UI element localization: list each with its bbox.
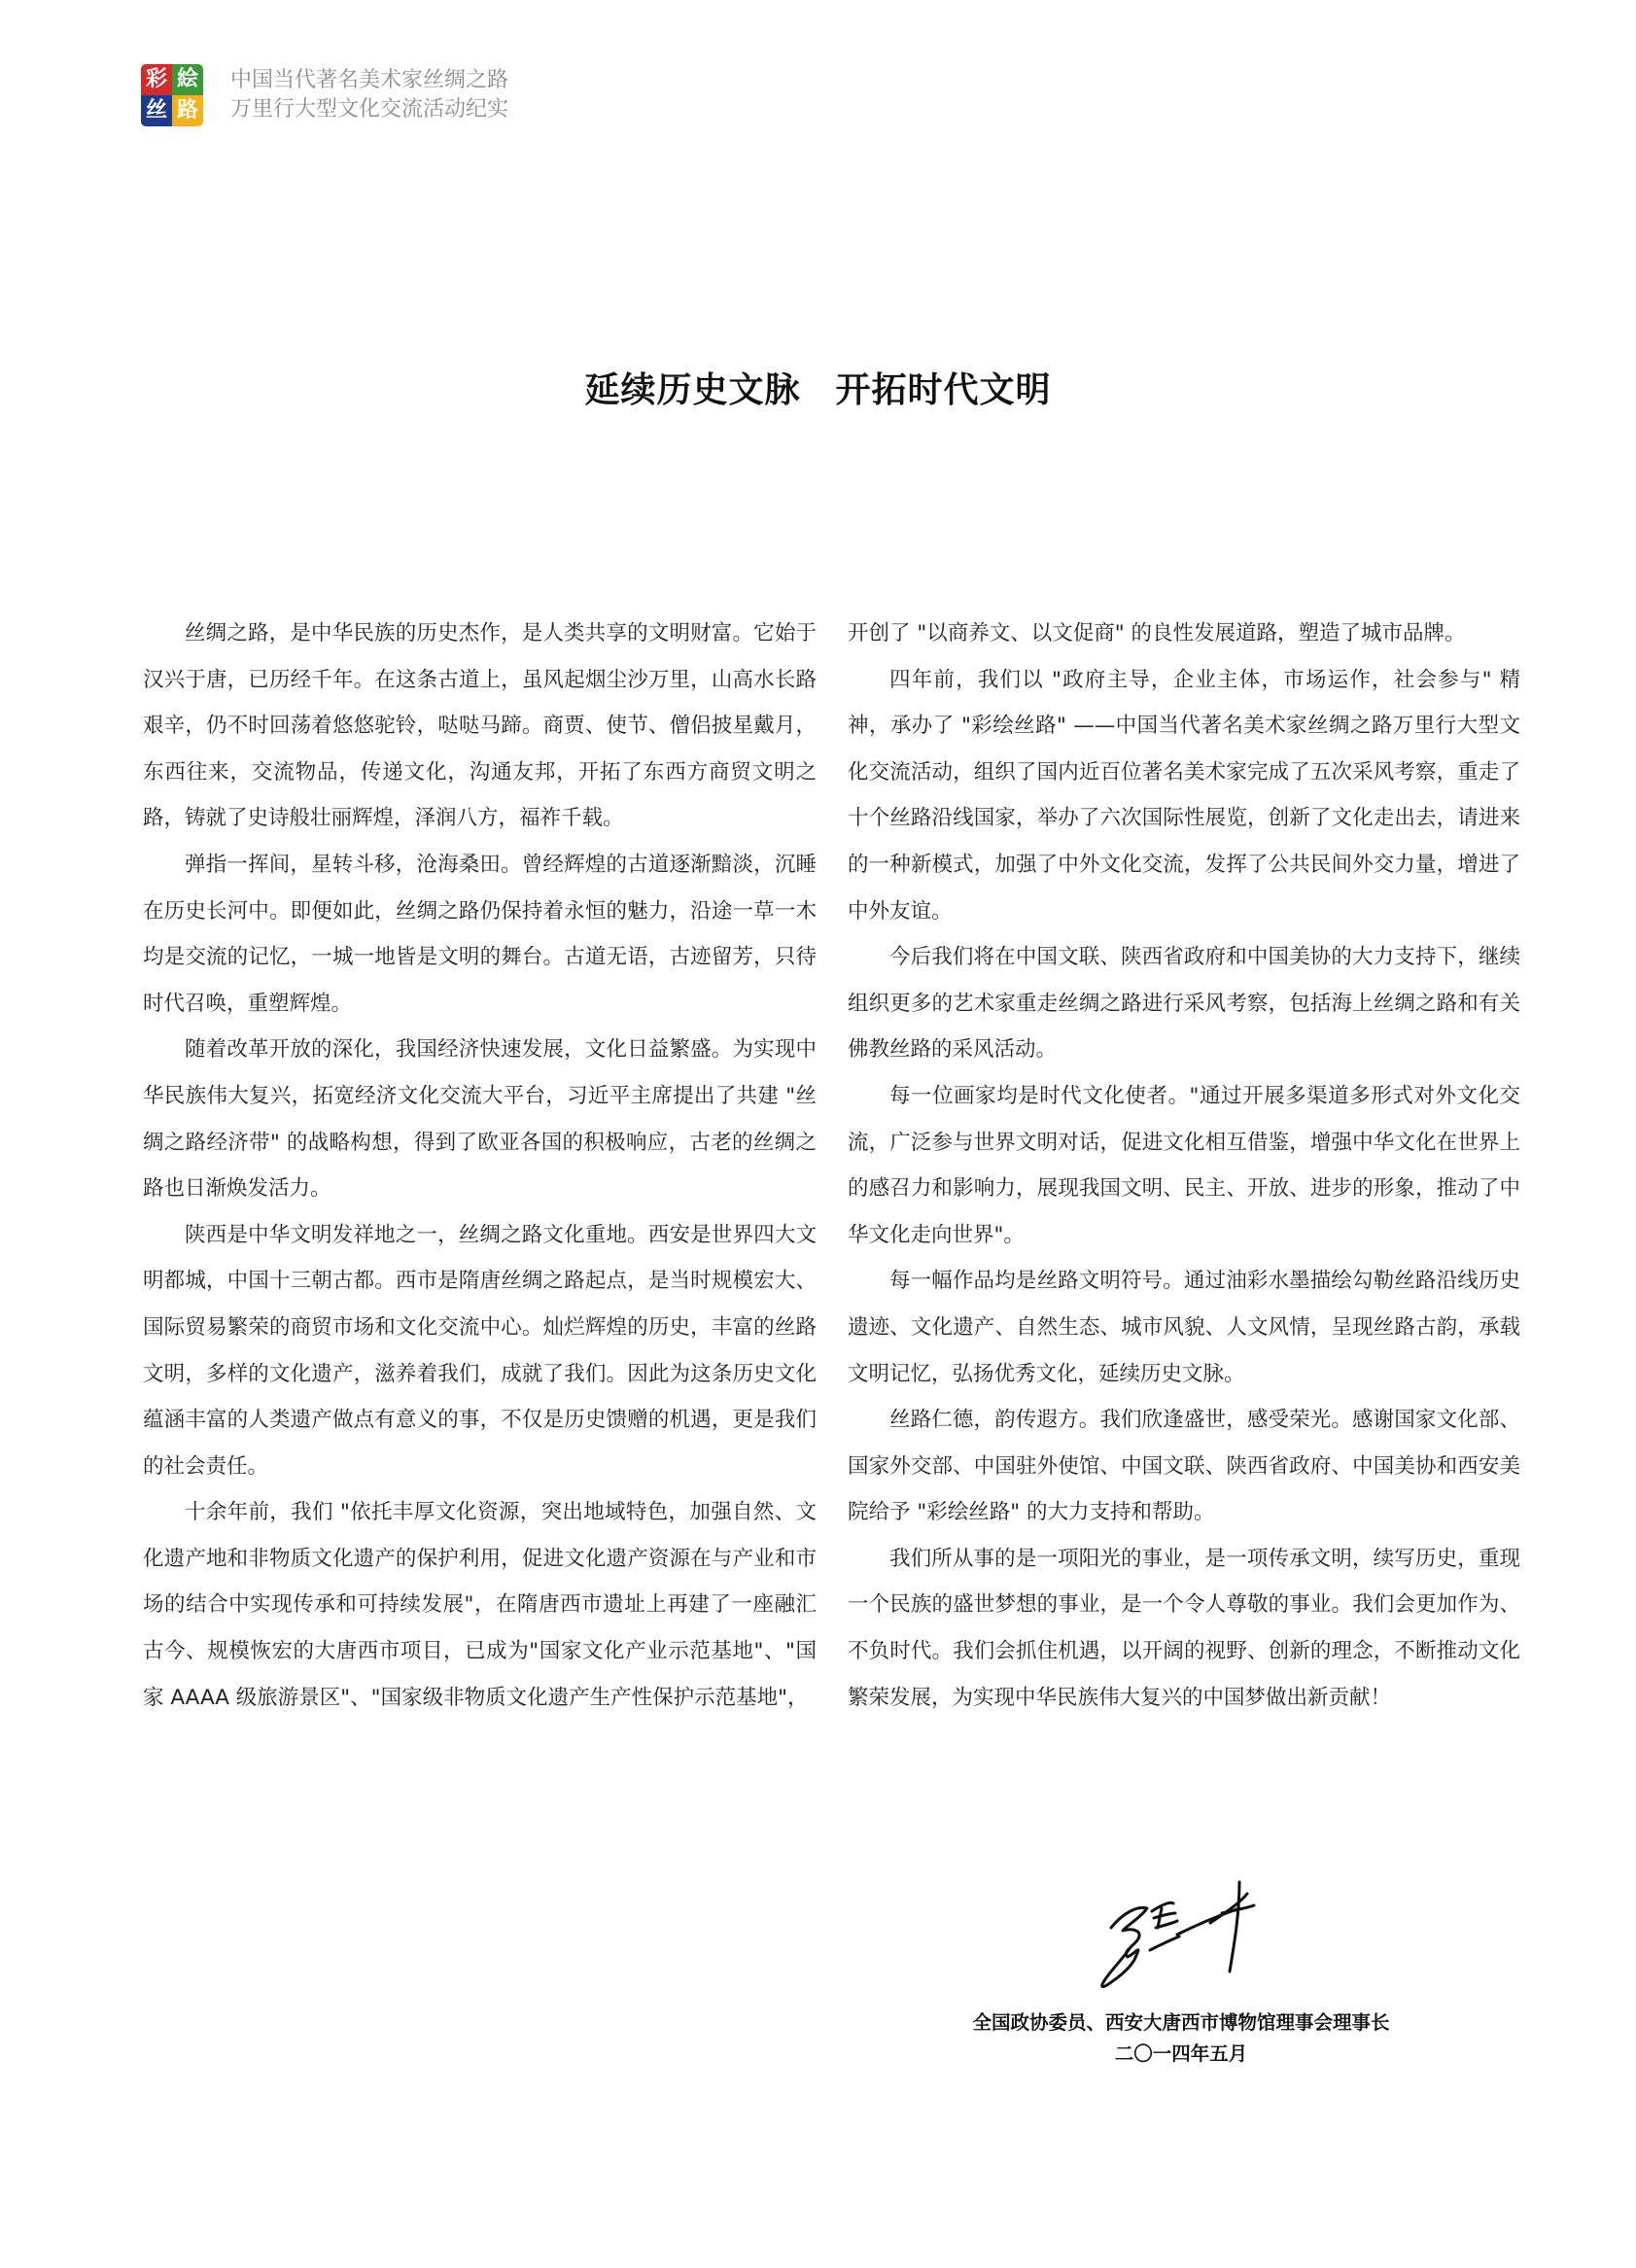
paragraph: 每一幅作品均是丝路文明符号。通过油彩水墨描绘勾勒丝路沿线历史遗迹、文化遗产、自然… [848, 1258, 1520, 1397]
paragraph: 十余年前，我们 "依托丰厚文化资源，突出地域特色，加强自然、文化遗产地和非物质文… [143, 1489, 817, 1721]
header-line-2: 万里行大型文化交流活动纪实 [230, 95, 508, 124]
signoff-date: 二〇一四年五月 [967, 2039, 1395, 2070]
header-line-1: 中国当代著名美术家丝绸之路 [230, 66, 508, 95]
paragraph: 丝路仁德，韵传遐方。我们欣逢盛世，感受荣光。感谢国家文化部、国家外交部、中国驻外… [848, 1397, 1520, 1536]
logo-cell-3: 丝 [141, 95, 172, 126]
page-header: 彩 絵 丝 路 中国当代著名美术家丝绸之路 万里行大型文化交流活动纪实 [141, 64, 508, 126]
paragraph: 弹指一挥间，星转斗移，沧海桑田。曾经辉煌的古道逐渐黯淡，沉睡在历史长河中。即便如… [143, 842, 817, 1027]
signer-position: 全国政协委员、西安大唐西市博物馆理事会理事长 [967, 2007, 1395, 2039]
paragraph: 每一位画家均是时代文化使者。"通过开展多渠道多形式对外文化交流，广泛参与世界文明… [848, 1073, 1520, 1258]
logo-cell-1: 彩 [141, 64, 172, 95]
title-part-1: 延续历史文脉 [584, 370, 800, 410]
silk-road-logo: 彩 絵 丝 路 [141, 64, 203, 126]
paragraph-continued: 开创了 "以商养文、以文促商" 的良性发展道路，塑造了城市品牌。 [848, 611, 1520, 657]
handwritten-signature-icon [1094, 1874, 1288, 1996]
right-column: 开创了 "以商养文、以文促商" 的良性发展道路，塑造了城市品牌。 四年前，我们以… [848, 611, 1520, 1721]
logo-cell-2: 絵 [172, 64, 203, 95]
paragraph: 四年前，我们以 "政府主导，企业主体，市场运作，社会参与" 精神，承办了 "彩绘… [848, 657, 1520, 935]
left-column: 丝绸之路，是中华民族的历史杰作，是人类共享的文明财富。它始于汉兴于唐，已历经千年… [143, 611, 817, 1721]
title-part-2: 开拓时代文明 [836, 370, 1052, 410]
logo-cell-4: 路 [172, 95, 203, 126]
header-subtitle: 中国当代著名美术家丝绸之路 万里行大型文化交流活动纪实 [230, 66, 508, 124]
paragraph: 陕西是中华文明发祥地之一，丝绸之路文化重地。西安是世界四大文明都城，中国十三朝古… [143, 1212, 817, 1490]
paragraph: 丝绸之路，是中华民族的历史杰作，是人类共享的文明财富。它始于汉兴于唐，已历经千年… [143, 611, 817, 842]
page-title: 延续历史文脉开拓时代文明 [0, 363, 1636, 412]
paragraph: 今后我们将在中国文联、陕西省政府和中国美协的大力支持下，继续组织更多的艺术家重走… [848, 934, 1520, 1073]
paragraph: 我们所从事的是一项阳光的事业，是一项传承文明，续写历史，重现一个民族的盛世梦想的… [848, 1536, 1520, 1721]
signoff-block: 全国政协委员、西安大唐西市博物馆理事会理事长 二〇一四年五月 [967, 2007, 1395, 2070]
paragraph: 随着改革开放的深化，我国经济快速发展，文化日益繁盛。为实现中华民族伟大复兴，拓宽… [143, 1027, 817, 1211]
